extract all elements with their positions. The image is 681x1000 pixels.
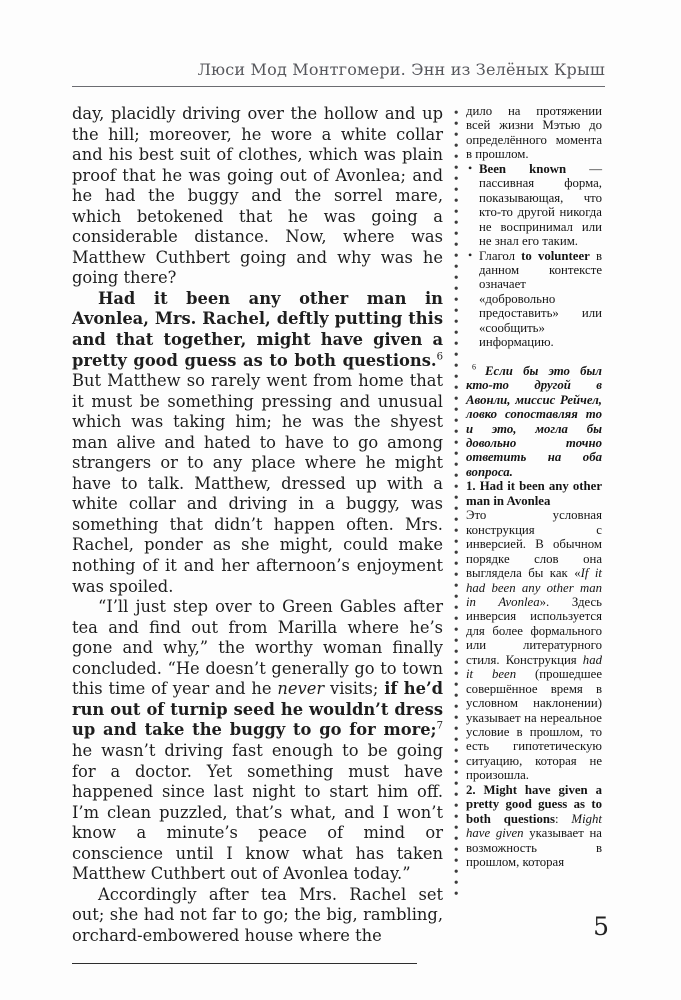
annotation-block: дило на протяжении всей жизни Мэтью до о… [466, 104, 602, 162]
text-segment: Had it been any other man in Avonlea, Mr… [72, 289, 443, 370]
running-head-title: Люси Мод Монтгомери. Энн из Зелёных Крыш [198, 60, 605, 79]
annotation-block: •Been known — пассивная форма, показываю… [466, 162, 602, 249]
text-segment: : [555, 812, 571, 826]
annotation-text: 2. Might have given a pretty good guess … [466, 783, 602, 870]
annotation-text: Это условная конструкция с инверсией. В … [466, 508, 602, 783]
annotation-text: 6 Если бы это был кто-то другой в Авонли… [466, 364, 602, 480]
text-segment: дило на протяжении всей жизни Мэтью до о… [466, 104, 602, 161]
annotation-text: Глагол to volunteer в данном контексте о… [479, 249, 602, 350]
annotation-text: Been known — пассивная форма, показывающ… [479, 162, 602, 249]
annotation-text: дило на протяжении всей жизни Мэтью до о… [466, 104, 602, 162]
annotation-block: 1. Had it been any other man in Avonlea [466, 479, 602, 508]
book-paragraph: Accordingly after tea Mrs. Rachel set ou… [72, 885, 443, 947]
text-segment: 6 [437, 351, 443, 362]
annotation-block: •Глагол to volunteer в данном контексте … [466, 249, 602, 350]
text-segment: But Matthew so rarely went from home tha… [72, 371, 443, 595]
text-segment: he wasn’t driving fast enough to be goin… [72, 741, 443, 883]
text-segment: Если бы это был кто-то другой в Авонли, … [466, 364, 602, 479]
book-page: Люси Мод Монтгомери. Энн из Зелёных Крыш… [0, 0, 681, 1000]
annotations-sidebar: дило на протяжении всей жизни Мэтью до о… [466, 104, 602, 870]
bullet-marker: • [468, 248, 472, 262]
running-head: Люси Мод Монтгомери. Энн из Зелёных Крыш [72, 60, 605, 87]
text-segment: day, placidly driving over the hollow an… [72, 104, 443, 287]
book-text-column: day, placidly driving over the hollow an… [72, 104, 443, 964]
text-segment: Been known [479, 162, 566, 176]
book-paragraph: day, placidly driving over the hollow an… [72, 104, 443, 289]
text-segment: never [277, 679, 324, 698]
bullet-marker: • [468, 161, 472, 175]
text-segment: 7 [437, 721, 443, 732]
text-segment: Accordingly after tea Mrs. Rachel set ou… [72, 885, 443, 945]
annotation-block: 2. Might have given a pretty good guess … [466, 783, 602, 870]
book-paragraph: Had it been any other man in Avonlea, Mr… [72, 289, 443, 597]
text-segment: 6 [472, 362, 485, 371]
annotation-block: Это условная конструкция с инверсией. В … [466, 508, 602, 783]
text-segment: в данном контексте означает «добровольно… [479, 249, 602, 350]
annotation-text: 1. Had it been any other man in Avonlea [466, 479, 602, 508]
text-segment: (прошедшее совершённое время в условном … [466, 667, 602, 782]
page-number: 5 [593, 912, 609, 941]
book-paragraph: “I’ll just step over to Green Gables aft… [72, 597, 443, 885]
footnote-rule [72, 963, 417, 964]
annotation-block: 6 Если бы это был кто-то другой в Авонли… [466, 364, 602, 480]
text-segment: 1. Had it been any other man in Avonlea [466, 479, 602, 507]
dotted-separator [454, 110, 459, 898]
text-segment: to volunteer [521, 249, 590, 263]
text-segment: visits; [324, 679, 384, 698]
text-segment: Глагол [479, 249, 521, 263]
